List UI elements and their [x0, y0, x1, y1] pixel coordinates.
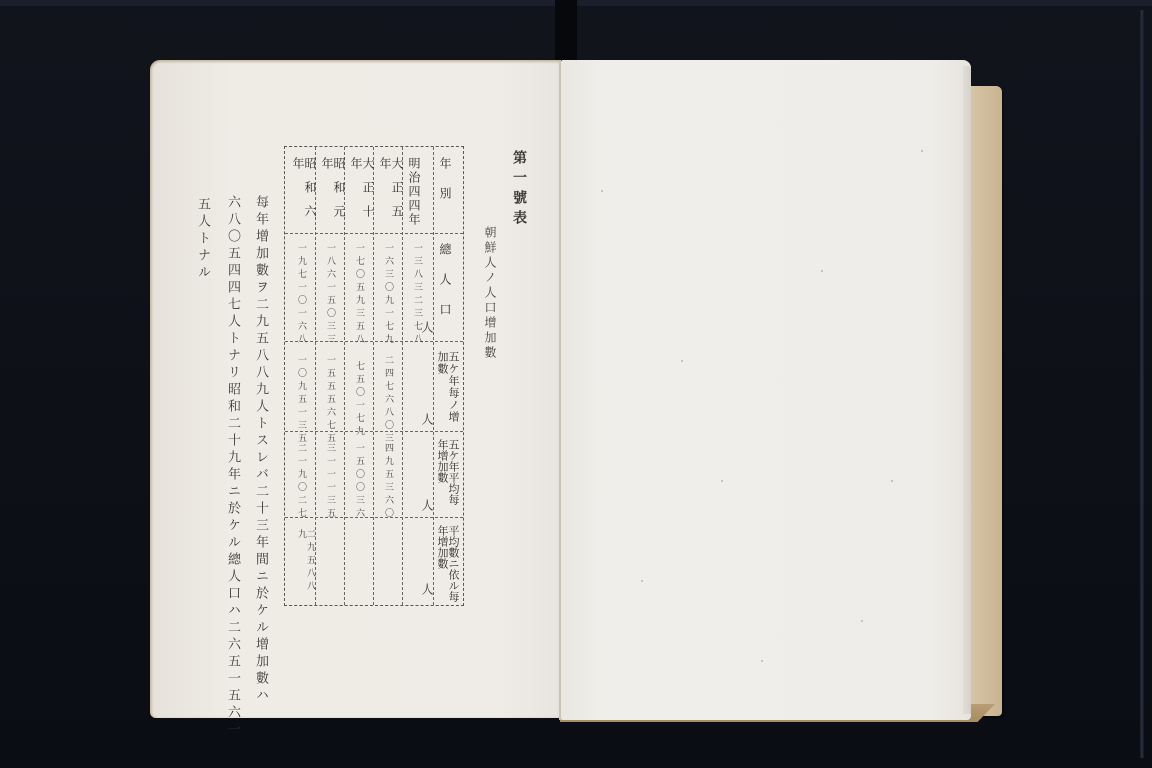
right-page-edge — [963, 66, 971, 714]
header-year: 年 別 — [439, 157, 451, 231]
unit-label: 人 — [421, 583, 433, 595]
average-cell: 二一九〇二七 — [296, 443, 305, 521]
average-cell: 一五〇〇三六 — [354, 443, 363, 521]
paper-speck — [721, 480, 723, 482]
average-cell: 四九五三六〇 — [383, 443, 392, 521]
population-table: 年 別 總 人 口 五ケ年每ノ增加數 五ケ年平均每年增加數 平均數ニ依ル每年增加… — [284, 146, 464, 606]
paper-speck — [891, 480, 893, 482]
increase-cell: 一五五五六七五 — [325, 355, 334, 446]
table-number: 第一號表 — [512, 150, 526, 230]
increase-cell: 七五〇一七九 — [354, 361, 363, 439]
row-divider — [285, 431, 463, 432]
scan-background: 第一號表 朝鮮人ノ人口增加數 年 別 總 人 口 五ケ年每ノ增加數 五ケ年平均每… — [0, 0, 1152, 768]
unit-label: 人 — [421, 413, 433, 425]
paper-speck — [681, 360, 683, 362]
note-line: 五人トナル — [196, 197, 209, 282]
paper-speck — [641, 580, 643, 582]
unit-label: 人 — [421, 321, 433, 333]
book-spine — [559, 60, 561, 720]
population-cell: 一三八三二三七八 — [412, 243, 421, 347]
increase-cell: 二四七六八〇三 — [383, 355, 392, 446]
note-line: 每年增加數ヲ二九五八八九人トスレバ二十三年間ニ於ケル增加數ハ — [254, 195, 267, 705]
year-cell: 昭和元年 — [321, 157, 345, 231]
year-cell: 明治四四年 — [408, 157, 420, 231]
population-cell: 一六三〇九一七九 — [383, 243, 392, 347]
frame-right-edge — [1140, 10, 1144, 758]
year-cell: 昭和六年 — [292, 157, 316, 231]
paper-speck — [821, 270, 823, 272]
unit-label: 人 — [421, 499, 433, 511]
right-page-blank — [561, 60, 971, 720]
avg-based-increase-cell: 二九五八八九 — [296, 529, 314, 605]
year-cell: 大正五年 — [379, 157, 403, 231]
paper-speck — [921, 150, 923, 152]
average-cell: 三一一一三五 — [325, 443, 334, 521]
header-average-based-increase: 平均數ニ依ル每年增加數 — [433, 525, 459, 603]
header-total-population: 總 人 口 — [439, 243, 451, 333]
note-line: 六八〇五四四七人トナリ昭和二十九年ニ於ケル總人口ハ二六五一五六一 — [226, 195, 239, 739]
population-cell: 一九七一〇一六八 — [296, 243, 305, 347]
paper-speck — [861, 620, 863, 622]
paper-speck — [601, 190, 603, 192]
year-cell: 大正十年 — [350, 157, 374, 231]
gutter-shadow — [555, 0, 577, 62]
population-cell: 一八六一五〇三三 — [325, 243, 334, 347]
row-divider — [285, 341, 463, 342]
row-divider — [285, 233, 463, 234]
population-cell: 一七〇五九三五八 — [354, 243, 363, 347]
header-five-year-average: 五ケ年平均每年增加數 — [433, 439, 459, 513]
header-five-year-increase: 五ケ年每ノ增加數 — [433, 351, 459, 431]
row-divider — [285, 517, 463, 518]
paper-speck — [761, 660, 763, 662]
table-title: 朝鮮人ノ人口增加數 — [484, 226, 496, 361]
increase-cell: 一〇九五一三五 — [296, 355, 305, 446]
